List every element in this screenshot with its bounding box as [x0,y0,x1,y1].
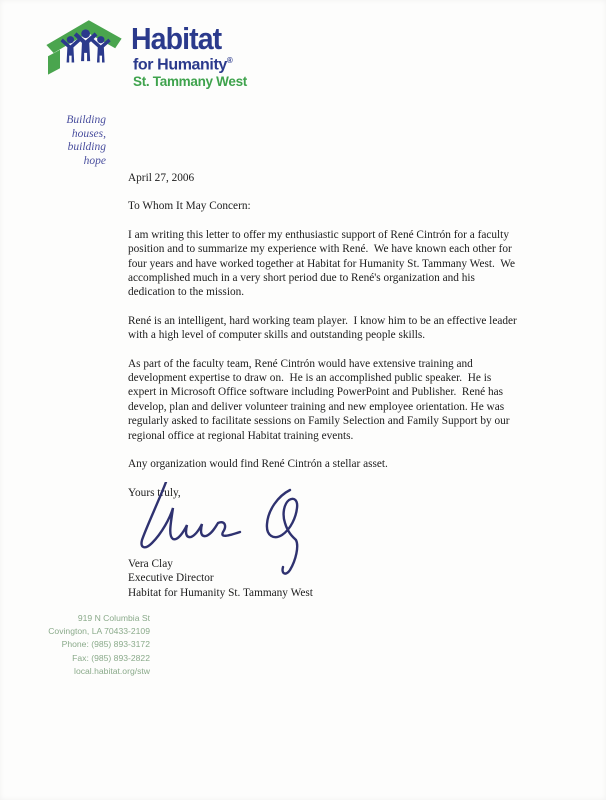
paragraph-2: René is an intelligent, hard working tea… [128,314,522,343]
registered-trademark-symbol: ® [227,56,233,65]
footer-website: local.habitat.org/stw [6,665,150,678]
tagline-line: houses, [36,128,106,142]
habitat-house-people-icon [44,16,124,82]
footer-address-line1: 919 N Columbia St [6,612,150,625]
paragraph-3: As part of the faculty team, René Cintró… [128,357,522,443]
footer-fax: Fax: (985) 893-2822 [6,652,150,665]
tagline-line: Building [36,114,106,128]
footer-phone: Phone: (985) 893-3172 [6,638,150,651]
handwritten-signature [128,482,318,584]
paragraph-4: Any organization would find René Cintrón… [128,457,522,471]
signature-area [128,500,522,557]
paragraph-1: I am writing this letter to offer my ent… [128,228,522,300]
logo-name: Habitat [131,26,238,52]
footer-address-line2: Covington, LA 70433-2109 [6,625,150,638]
footer-contact-info: 919 N Columbia St Covington, LA 70433-21… [6,612,150,678]
logo-subtitle-text: for Humanity [133,56,227,73]
tagline-line: building [36,141,106,155]
tagline: Building houses, building hope [36,114,106,168]
letter-date: April 27, 2006 [128,171,522,185]
logo-region: St. Tammany West [133,74,247,89]
letter-body: April 27, 2006 To Whom It May Concern: I… [128,171,522,600]
habitat-logo: Habitat for Humanity® St. Tammany West [44,16,247,89]
scanned-letter-page: Habitat for Humanity® St. Tammany West B… [0,0,606,800]
logo-text: Habitat for Humanity® St. Tammany West [131,26,247,89]
salutation: To Whom It May Concern: [128,199,522,213]
tagline-line: hope [36,155,106,169]
signer-organization: Habitat for Humanity St. Tammany West [128,586,522,600]
